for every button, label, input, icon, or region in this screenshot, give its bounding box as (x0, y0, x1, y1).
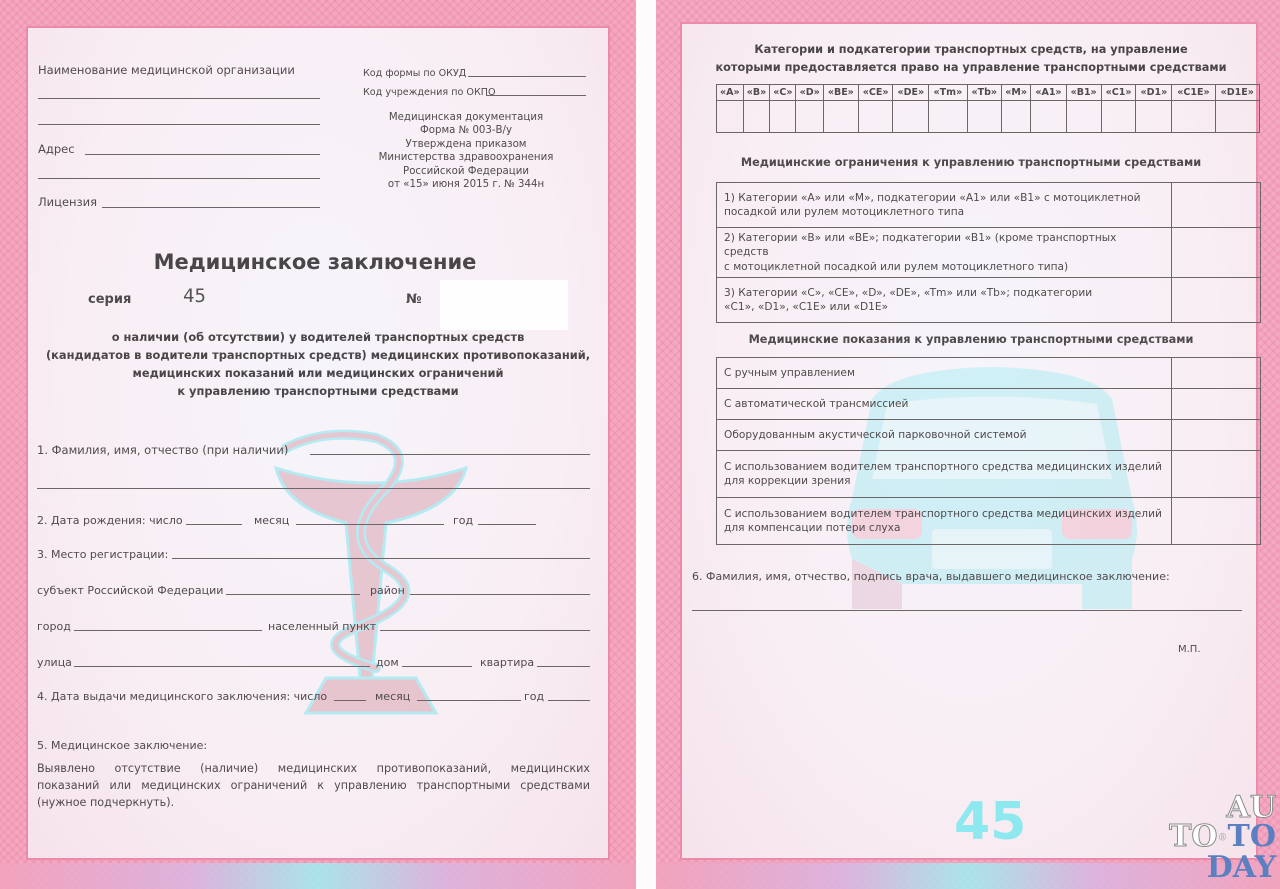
category-header: «D1E» (1215, 85, 1259, 101)
license-line[interactable] (102, 207, 320, 208)
approval-line: Российской Федерации (348, 165, 584, 178)
subtitle-block: о наличии (об отсутствии) у водителей тр… (26, 328, 610, 400)
dob-year-label: год (453, 514, 473, 527)
category-cell[interactable] (1001, 101, 1030, 133)
okud-label: Код формы по ОКУД (363, 68, 466, 79)
org-name-line-1[interactable] (38, 98, 320, 99)
row-label-line: с мотоциклетной посадкой или рулем мотоц… (724, 260, 1164, 274)
category-cell[interactable] (717, 101, 744, 133)
row-label: С использованием водителем транспортного… (717, 498, 1172, 545)
hygieia-bowl-watermark-icon (266, 428, 476, 718)
approval-line: Медицинская документация (348, 111, 584, 124)
row-label: С ручным управлением (717, 358, 1172, 389)
row-label-line: для коррекции зрения (724, 474, 1164, 488)
row-mark-cell[interactable] (1172, 277, 1261, 322)
row-label-line: С ручным управлением (724, 366, 1164, 380)
row-label-line: посадкой или рулем мотоциклетного типа (724, 205, 1164, 219)
registration-line[interactable] (172, 558, 590, 559)
address-label: Адрес (38, 142, 75, 156)
row-label-line: С автоматической трансмиссией (724, 397, 1164, 411)
row-label: 2) Категории «В» или «ВЕ»; подкатегории … (717, 228, 1172, 278)
category-cell[interactable] (743, 101, 770, 133)
table-row: С использованием водителем транспортного… (717, 451, 1261, 498)
category-header: «C» (770, 85, 796, 101)
issue-year-label: год (524, 690, 544, 703)
conclusion-line: показаний или медицинских ограничений к … (37, 777, 590, 794)
row-label: 3) Категории «С», «СЕ», «D», «DE», «Tm» … (717, 277, 1172, 322)
category-header: «D» (796, 85, 823, 101)
district-label: район (370, 584, 405, 597)
row-label-line: С использованием водителем транспортного… (724, 460, 1164, 474)
categories-title-line: которыми предоставляется право на управл… (682, 59, 1260, 77)
fio-label: 1. Фамилия, имя, отчество (при наличии) (37, 443, 288, 457)
category-cell[interactable] (929, 101, 967, 133)
approval-line: Форма № 003-В/у (348, 124, 584, 137)
indications-table: С ручным управлениемС автоматической тра… (716, 357, 1261, 545)
restrictions-table: 1) Категории «А» или «М», подкатегории «… (716, 182, 1261, 323)
fio-line-1[interactable] (310, 454, 590, 455)
doctor-label: 6. Фамилия, имя, отчество, подпись врача… (692, 570, 1170, 583)
row-mark-cell[interactable] (1172, 183, 1261, 228)
row-mark-cell[interactable] (1172, 420, 1261, 451)
subject-label: субъект Российской Федерации (37, 584, 223, 597)
category-header: «B1» (1066, 85, 1101, 101)
license-label: Лицензия (38, 195, 97, 209)
category-cell[interactable] (1172, 101, 1215, 133)
issue-date-label: 4. Дата выдачи медицинского заключения: … (37, 690, 327, 703)
table-row: 3) Категории «С», «СЕ», «D», «DE», «Tm» … (717, 277, 1261, 322)
house-line[interactable] (402, 666, 472, 667)
row-label-line: 3) Категории «С», «СЕ», «D», «DE», «Tm» … (724, 286, 1164, 300)
okpo-line[interactable] (486, 95, 586, 96)
category-header: «B» (743, 85, 770, 101)
row-mark-cell[interactable] (1172, 228, 1261, 278)
number-field[interactable] (440, 280, 568, 330)
category-cell[interactable] (858, 101, 893, 133)
table-row: С использованием водителем транспортного… (717, 498, 1261, 545)
district-line[interactable] (410, 594, 590, 595)
city-line[interactable] (74, 630, 262, 631)
street-line[interactable] (74, 666, 370, 667)
table-row: С автоматической трансмиссией (717, 389, 1261, 420)
indications-title: Медицинские показания к управлению транс… (682, 333, 1260, 346)
logo-line-1: AU (1166, 793, 1276, 822)
right-page: Категории и подкатегории транспортных ср… (656, 0, 1280, 889)
row-label: С использованием водителем транспортного… (717, 451, 1172, 498)
apartment-label: квартира (480, 656, 534, 669)
issue-month-label: месяц (375, 690, 410, 703)
category-cell[interactable] (967, 101, 1001, 133)
category-cell[interactable] (1031, 101, 1066, 133)
stamp-label: М.П. (1178, 644, 1201, 655)
row-label-line: 2) Категории «В» или «ВЕ»; подкатегории … (724, 231, 1164, 260)
table-row: 1) Категории «А» или «М», подкатегории «… (717, 183, 1261, 228)
category-header: «M» (1001, 85, 1030, 101)
apartment-line[interactable] (537, 666, 590, 667)
approval-block: Медицинская документация Форма № 003-В/у… (348, 111, 584, 191)
approval-line: от «15» июня 2015 г. № 344н (348, 178, 584, 191)
category-header: «C1» (1101, 85, 1136, 101)
row-label-line: Оборудованным акустической парковочной с… (724, 428, 1164, 442)
address-line-2[interactable] (38, 178, 320, 179)
issue-year-line[interactable] (548, 700, 590, 701)
autotoday-logo: AU TO®TO DAY (1166, 793, 1276, 885)
row-mark-cell[interactable] (1172, 498, 1261, 545)
okpo-label: Код учреждения по ОКПО (363, 87, 496, 98)
category-header: «BE» (823, 85, 858, 101)
category-header: «A» (717, 85, 744, 101)
categories-title: Категории и подкатегории транспортных ср… (682, 41, 1260, 77)
categories-title-line: Категории и подкатегории транспортных ср… (682, 41, 1260, 59)
logo-line-2b: TO (1228, 819, 1276, 854)
row-label-line: 1) Категории «А» или «М», подкатегории «… (724, 191, 1164, 205)
number-label: № (406, 292, 422, 307)
subtitle-line: медицинских показаний или медицинских ог… (26, 364, 610, 382)
doctor-signature-line[interactable] (692, 610, 1242, 611)
approval-line: Министерства здравоохранения (348, 151, 584, 164)
category-header: «D1» (1136, 85, 1172, 101)
series-label: серия (88, 292, 131, 307)
conclusion-text: Выявлено отсутствие (наличие) медицински… (37, 760, 590, 811)
subtitle-line: к управлению транспортными средствами (26, 382, 610, 400)
category-cell[interactable] (1101, 101, 1136, 133)
conclusion-label: 5. Медицинское заключение: (37, 739, 207, 752)
category-header: «CE» (858, 85, 893, 101)
row-mark-cell[interactable] (1172, 389, 1261, 420)
category-header: «Tb» (967, 85, 1001, 101)
left-page: Наименование медицинской организации Адр… (0, 0, 636, 889)
category-cell[interactable] (1215, 101, 1259, 133)
category-header: «DE» (893, 85, 929, 101)
row-label: С автоматической трансмиссией (717, 389, 1172, 420)
dob-label: 2. Дата рождения: число (37, 514, 183, 527)
categories-table: «A»«B»«C»«D»«BE»«CE»«DE»«Tm»«Tb»«M»«A1»«… (716, 84, 1260, 133)
dob-year-line[interactable] (478, 524, 536, 525)
row-label-line: С использованием водителем транспортного… (724, 507, 1164, 521)
series-watermark-number: 45 (954, 792, 1026, 852)
logo-line-2a: TO (1169, 819, 1217, 854)
decorative-border-band (0, 863, 636, 889)
registration-label: 3. Место регистрации: (37, 548, 168, 561)
category-cell[interactable] (823, 101, 858, 133)
category-cell[interactable] (1136, 101, 1172, 133)
row-mark-cell[interactable] (1172, 358, 1261, 389)
settlement-line[interactable] (380, 630, 590, 631)
org-name-line-2[interactable] (38, 124, 320, 125)
issue-month-line[interactable] (417, 700, 521, 701)
conclusion-line: (нужное подчеркнуть). (37, 794, 590, 811)
row-label-line: «С1», «D1», «С1Е» или «D1E» (724, 300, 1164, 314)
category-cell[interactable] (893, 101, 929, 133)
org-name-label: Наименование медицинской организации (38, 63, 295, 77)
row-label: 1) Категории «А» или «М», подкатегории «… (717, 183, 1172, 228)
table-row: Оборудованным акустической парковочной с… (717, 420, 1261, 451)
category-cell[interactable] (796, 101, 823, 133)
street-label: улица (37, 656, 72, 669)
logo-line-3: DAY (1166, 853, 1276, 882)
subtitle-line: о наличии (об отсутствии) у водителей тр… (26, 328, 610, 346)
category-header: «A1» (1031, 85, 1066, 101)
address-line-1[interactable] (85, 154, 320, 155)
subject-line[interactable] (226, 594, 360, 595)
issue-day-line[interactable] (334, 700, 366, 701)
approval-line: Утверждена приказом (348, 138, 584, 151)
row-label: Оборудованным акустической парковочной с… (717, 420, 1172, 451)
page-gutter (636, 0, 656, 889)
dob-day-line[interactable] (186, 524, 242, 525)
document-title: Медицинское заключение (28, 250, 602, 274)
conclusion-line: Выявлено отсутствие (наличие) медицински… (37, 760, 590, 777)
subtitle-line: (кандидатов в водители транспортных сред… (26, 346, 610, 364)
table-row: С ручным управлением (717, 358, 1261, 389)
row-label-line: для компенсации потери слуха (724, 521, 1164, 535)
restrictions-title: Медицинские ограничения к управлению тра… (682, 156, 1260, 169)
fio-line-2[interactable] (37, 488, 590, 489)
category-header: «C1E» (1172, 85, 1215, 101)
category-cell[interactable] (1066, 101, 1101, 133)
logo-reg-mark: ® (1218, 833, 1228, 844)
series-value: 45 (183, 285, 206, 307)
dob-month-line[interactable] (296, 524, 444, 525)
okud-line[interactable] (468, 76, 586, 77)
house-label: дом (376, 656, 399, 669)
dob-month-label: месяц (254, 514, 289, 527)
table-row: 2) Категории «В» или «ВЕ»; подкатегории … (717, 228, 1261, 278)
city-label: город (37, 620, 71, 633)
settlement-label: населенный пункт (268, 620, 376, 633)
right-page-content: Категории и подкатегории транспортных ср… (680, 22, 1258, 860)
category-header: «Tm» (929, 85, 967, 101)
row-mark-cell[interactable] (1172, 451, 1261, 498)
category-cell[interactable] (770, 101, 796, 133)
